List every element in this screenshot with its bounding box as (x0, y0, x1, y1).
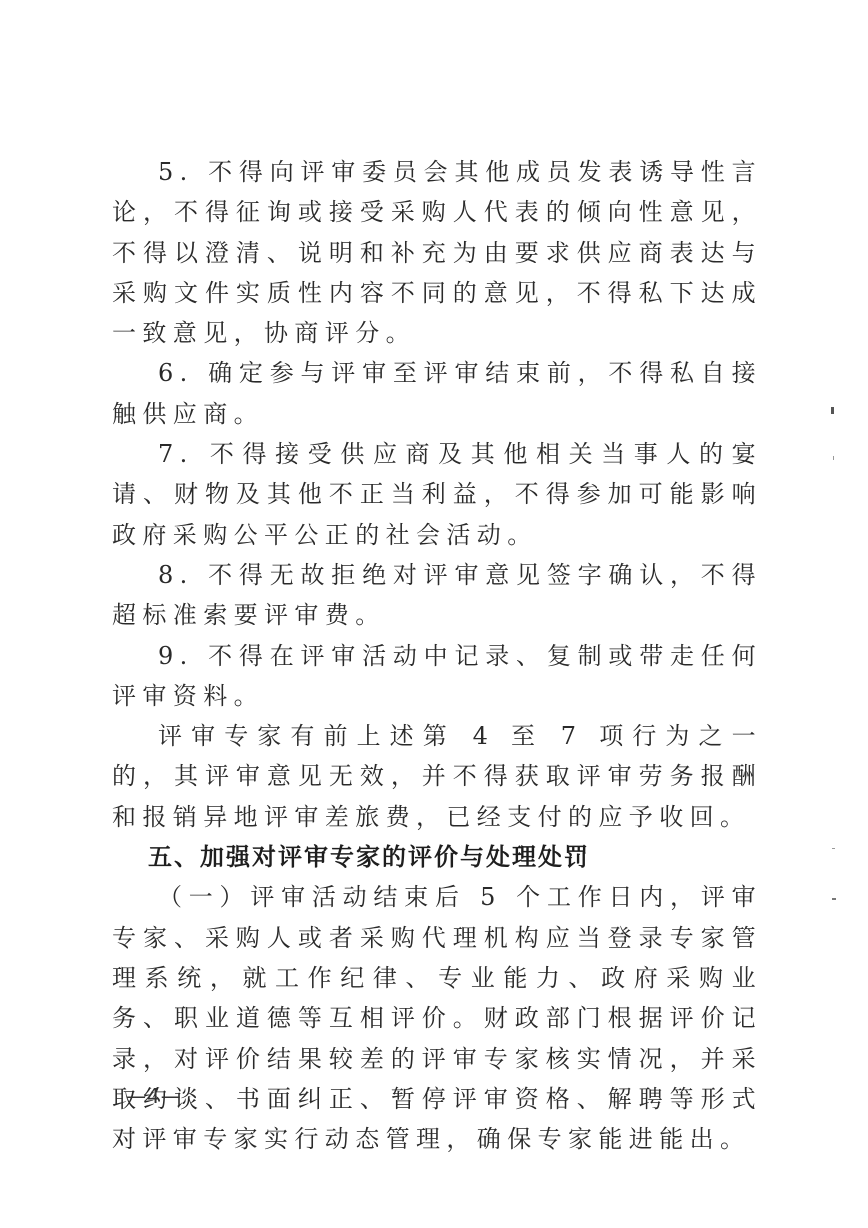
paragraph-item-6: 6. 确定参与评审至评审结束前，不得私自接触供应商。 (112, 353, 762, 434)
scan-mark (833, 456, 834, 460)
scan-mark (831, 407, 834, 414)
paragraph-item-9: 9. 不得在评审活动中记录、复制或带走任何评审资料。 (112, 636, 762, 717)
section-heading: 五、加强对评审专家的评价与处理处罚 (112, 837, 762, 877)
paragraph-item-5: 5. 不得向评审委员会其他成员发表诱导性言论，不得征询或接受采购人代表的倾向性意… (112, 152, 762, 353)
scan-mark (832, 898, 836, 900)
page-number: —4— (126, 1084, 182, 1108)
document-page-body: 5. 不得向评审委员会其他成员发表诱导性言论，不得征询或接受采购人代表的倾向性意… (112, 152, 762, 1159)
paragraph-item-7: 7. 不得接受供应商及其他相关当事人的宴请、财物及其他不正当利益，不得参加可能影… (112, 434, 762, 555)
paragraph-subitem-1: （一）评审活动结束后 5 个工作日内，评审专家、采购人或者采购代理机构应当登录专… (112, 877, 762, 1159)
scan-mark (832, 848, 835, 849)
paragraph-item-8: 8. 不得无故拒绝对评审意见签字确认，不得超标准索要评审费。 (112, 555, 762, 636)
paragraph-note: 评审专家有前上述第 4 至 7 项行为之一的，其评审意见无效，并不得获取评审劳务… (112, 716, 762, 837)
